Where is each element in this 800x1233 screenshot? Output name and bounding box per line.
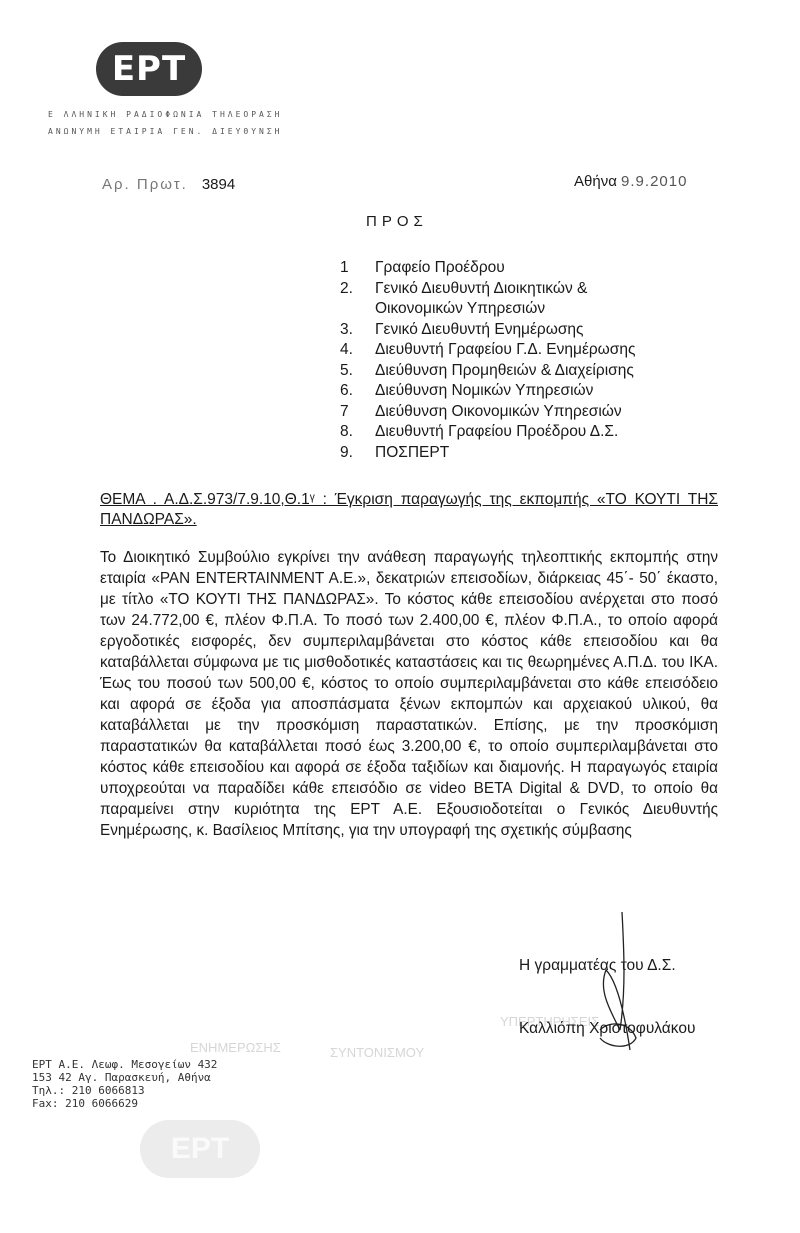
addressee-label: ΠΟΣΠΕΡΤ [375,443,449,464]
footer-line: ΕΡΤ Α.Ε. Λεωφ. Μεσογείων 432 [32,1058,217,1071]
body-paragraph: Το Διοικητικό Συμβούλιο εγκρίνει την ανά… [100,547,718,841]
addressee-label: Οικονομικών Υπηρεσιών [375,299,545,320]
date-city: Αθήνα [574,173,617,190]
footer-line: Fax: 210 6066629 [32,1097,217,1110]
addressee-number: 4. [340,340,375,361]
bleed-through-text: ΣΥΝΤΟΝΙΣΜΟΥ [330,1045,424,1060]
addressee-item: 5.Διεύθυνση Προμηθειών & Διαχείρισης [340,361,635,382]
addressee-item: 3.Γενικό Διευθυντή Ενημέρωσης [340,320,635,341]
addressee-number: 7 [340,402,375,423]
addressee-item: 8.Διευθυντή Γραφείου Προέδρου Δ.Σ. [340,422,635,443]
bleed-through-text: ΕΝΗΜΕΡΩΣΗΣ [190,1040,281,1055]
addressee-number: 5. [340,361,375,382]
addressee-label: Διεύθυνση Νομικών Υπηρεσιών [375,381,593,402]
addressee-label: Γενικό Διευθυντή Ενημέρωσης [375,320,583,341]
addressee-number: 8. [340,422,375,443]
addressee-item: 7Διεύθυνση Οικονομικών Υπηρεσιών [340,402,635,423]
addressee-label: Διεύθυνση Προμηθειών & Διαχείρισης [375,361,634,382]
addressee-label: Διευθυντή Γραφείου Γ.Δ. Ενημέρωσης [375,340,635,361]
addressee-number: 2. [340,279,375,300]
addressee-label: Διευθυντή Γραφείου Προέδρου Δ.Σ. [375,422,618,443]
addressee-label: Διεύθυνση Οικονομικών Υπηρεσιών [375,402,622,423]
letter-date: Αθήνα 9.9.2010 [574,173,687,190]
addressee-item: 6.Διεύθυνση Νομικών Υπηρεσιών [340,381,635,402]
addressee-number: 1 [340,258,375,279]
addressee-number [340,299,375,320]
addressee-number: 3. [340,320,375,341]
addressee-list: 1Γραφείο Προέδρου2.Γενικό Διευθυντή Διοι… [340,258,635,463]
addressee-label: Γραφείο Προέδρου [375,258,505,279]
addressee-item: Οικονομικών Υπηρεσιών [340,299,635,320]
footer-address: ΕΡΤ Α.Ε. Λεωφ. Μεσογείων 432153 42 Αγ. Π… [32,1058,217,1110]
addressee-number: 9. [340,443,375,464]
addressee-item: 4.Διευθυντή Γραφείου Γ.Δ. Ενημέρωσης [340,340,635,361]
signatory-name: Καλλιόπη Χριστοφυλάκου [519,1020,695,1038]
addressee-item: 2.Γενικό Διευθυντή Διοικητικών & [340,279,635,300]
subject-line: ΘΕΜΑ . Α.Δ.Σ.973/7.9.10,Θ.1ᵞ : Έγκριση π… [100,490,718,530]
addressee-label: Γενικό Διευθυντή Διοικητικών & [375,279,587,300]
protocol-number: 3894 [202,176,235,193]
protocol-reference: Αρ. Πρωτ.3894 [102,176,235,193]
addressee-item: 9.ΠΟΣΠΕΡΤ [340,443,635,464]
addressee-number: 6. [340,381,375,402]
protocol-label: Αρ. Πρωτ. [102,176,188,193]
ert-stamp: ΕΡΤ [140,1120,260,1178]
stamp-text: ΕΡΤ [171,1132,229,1166]
footer-line: Τηλ.: 210 6066813 [32,1084,217,1097]
logo-subline: Ε ΛΛΗΝΙΚΗ ΡΑΔΙΟΦΩΝΙΑ ΤΗΛΕΟΡΑΣΗ [48,110,283,119]
logo-text: ΕΡΤ [112,49,186,89]
logo-subline: ΑΝΩΝΥΜΗ ΕΤΑΙΡΙΑ ΓΕΝ. ΔΙΕΥΘΥΝΣΗ [48,127,283,136]
footer-line: 153 42 Αγ. Παρασκευή, Αθήνα [32,1071,217,1084]
addressees-heading: ΠΡΟΣ [366,213,428,230]
ert-logo: ΕΡΤ [96,42,202,96]
addressee-item: 1Γραφείο Προέδρου [340,258,635,279]
date-value: 9.9.2010 [621,173,687,190]
